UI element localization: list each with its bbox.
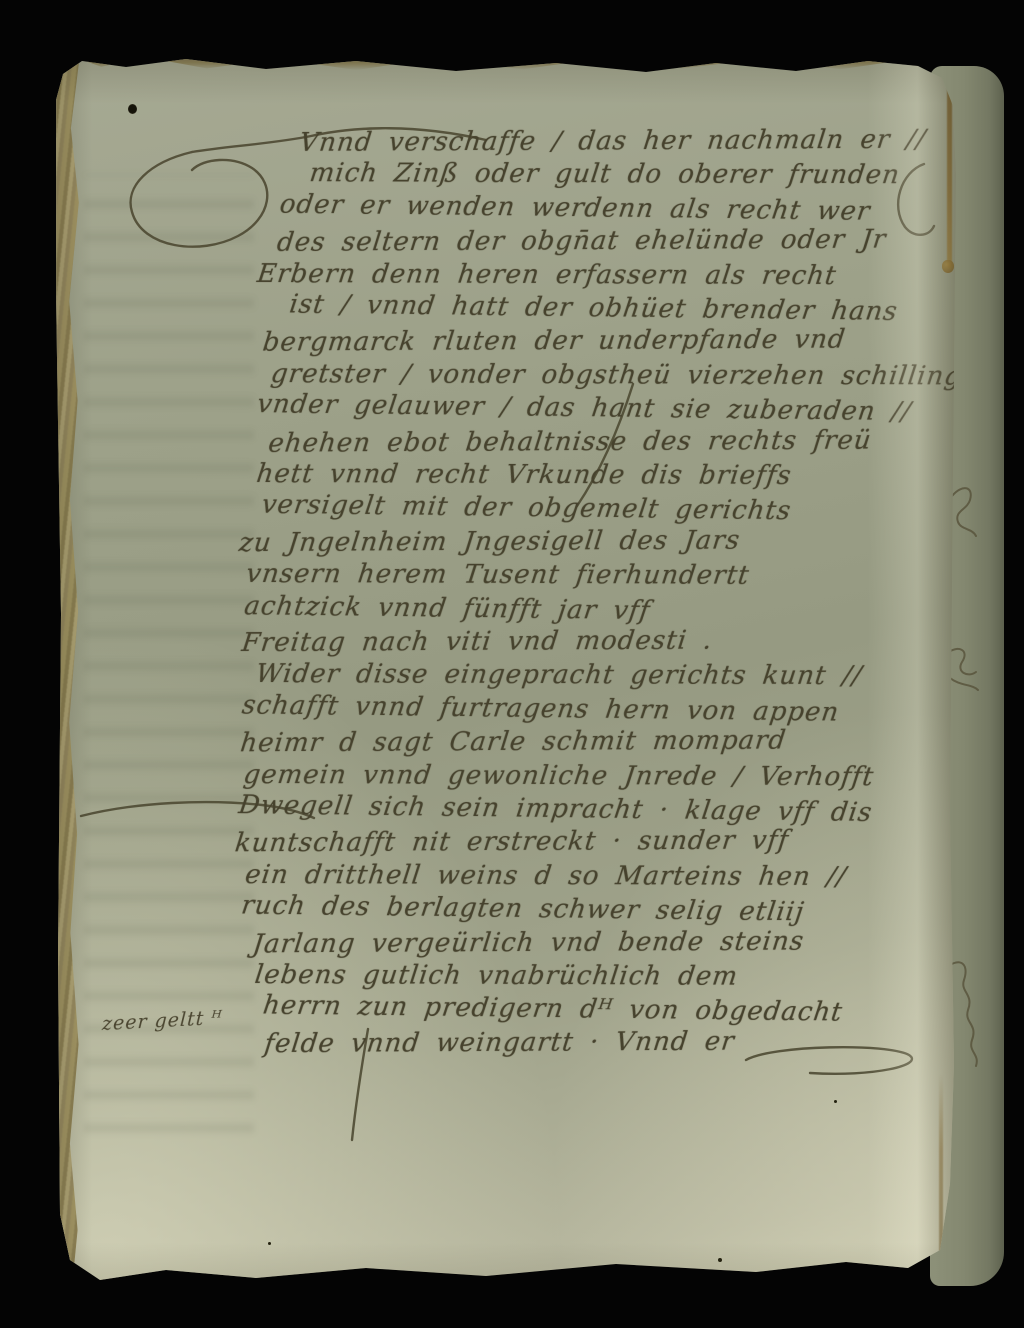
text-block: Vnnd verschaffe / das her nachmaln er //… xyxy=(54,52,960,1293)
manuscript-line: versigelt mit der obgemelt gerichts xyxy=(260,490,793,526)
manuscript-line: ruch des berlagten schwer selig etliij xyxy=(239,891,806,928)
manuscript-line: ist / vnnd hatt der obhüet brender hans xyxy=(288,290,900,327)
manuscript-line: mich Zinß oder gult do oberer frunden xyxy=(308,159,902,191)
manuscript-line: felde vnnd weingartt · Vnnd er xyxy=(263,1027,737,1059)
manuscript-line: kuntschafft nit erstreckt · sunder vff xyxy=(233,826,790,859)
manuscript-line: herrn zun predigern dᴴ von obgedacht xyxy=(261,991,844,1028)
manuscript-line: achtzick vnnd fünfft jar vff xyxy=(242,591,652,626)
manuscript-line: Freitag nach viti vnd modesti . xyxy=(240,626,714,658)
manuscript-line: gretster / vonder obgstheü vierzehen sch… xyxy=(269,359,964,391)
manuscript-line: Wider disse eingepracht gerichts kunt // xyxy=(254,660,864,692)
manuscript-line: ein dritthell weins d so Marteins hen // xyxy=(243,860,848,892)
manuscript-line: Erbern denn heren erfassern als recht xyxy=(255,259,838,291)
manuscript-line: zu Jngelnheim Jngesigell des Jars xyxy=(237,525,742,558)
manuscript-line: hett vnnd recht Vrkunde dis brieffs xyxy=(255,459,794,491)
manuscript-line: bergmarck rluten der underpfande vnd xyxy=(261,325,847,358)
manuscript-line: heimr d sagt Carle schmit mompard xyxy=(239,726,788,759)
manuscript-line: oder er wenden werdenn als recht wer xyxy=(278,189,872,226)
manuscript-line: Dwegell sich sein impracht · klage vff d… xyxy=(237,790,874,828)
manuscript-line: ehehen ebot behaltnisse des rechts freü xyxy=(267,425,874,458)
manuscript-line: gemein vnnd gewonliche Jnrede / Verhofft xyxy=(242,760,876,792)
manuscript-line: schafft vnnd furtragens hern von appen xyxy=(240,690,841,727)
manuscript-page: Vnnd verschaffe / das her nachmaln er //… xyxy=(56,54,958,1292)
manuscript-line: Vnnd verschaffe / das her nachmaln er // xyxy=(298,125,928,158)
manuscript-line: lebens gutlich vnabrüchlich dem xyxy=(253,960,740,992)
manuscript-line: vnsern herem Tusent fierhundertt xyxy=(244,559,751,591)
manuscript-line: Jarlang vergeürlich vnd bende steins xyxy=(251,926,806,959)
manuscript-line: vnder gelauwer / das hant sie zuberaden … xyxy=(255,389,913,427)
manuscript-line: des seltern der obgn̄at ehelünde oder Jr xyxy=(275,225,888,258)
photograph-background: { "page": { "kind": "handwritten manuscr… xyxy=(0,0,1024,1328)
